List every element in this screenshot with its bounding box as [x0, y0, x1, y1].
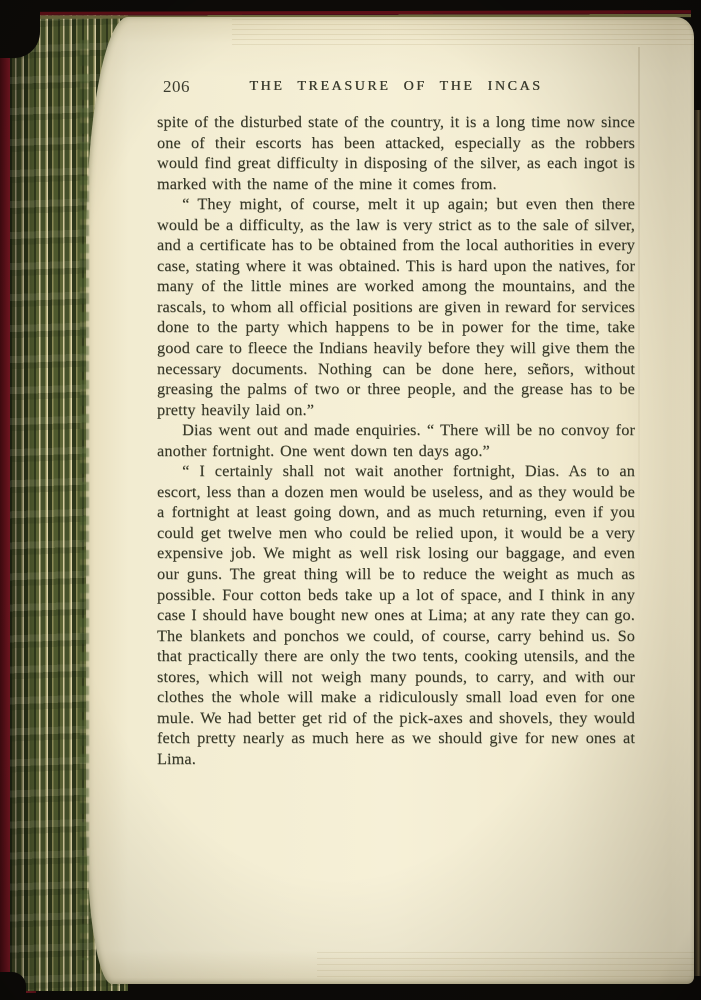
book-page: 206 THE TREASURE OF THE INCAS spite of t…: [86, 17, 694, 984]
page-header: 206 THE TREASURE OF THE INCAS: [157, 77, 635, 99]
gutter-page-curl: [693, 110, 701, 976]
paragraph-4: “ I certainly shall not wait another for…: [157, 461, 635, 769]
paragraph-3: Dias went out and made enquiries. “ Ther…: [157, 420, 635, 461]
page-edge-streaks-bottom: [317, 952, 694, 982]
running-title: THE TREASURE OF THE INCAS: [157, 77, 635, 95]
page-number: 206: [163, 77, 190, 97]
paragraph-2: “ They might, of course, melt it up agai…: [157, 194, 635, 420]
page-text: spite of the disturbed state of the coun…: [157, 112, 635, 770]
page-edge-streaks-top: [232, 19, 694, 45]
page-crease: [638, 47, 640, 924]
paragraph-1: spite of the disturbed state of the coun…: [157, 112, 635, 194]
photo-corner-bottom-left: [0, 972, 26, 1000]
